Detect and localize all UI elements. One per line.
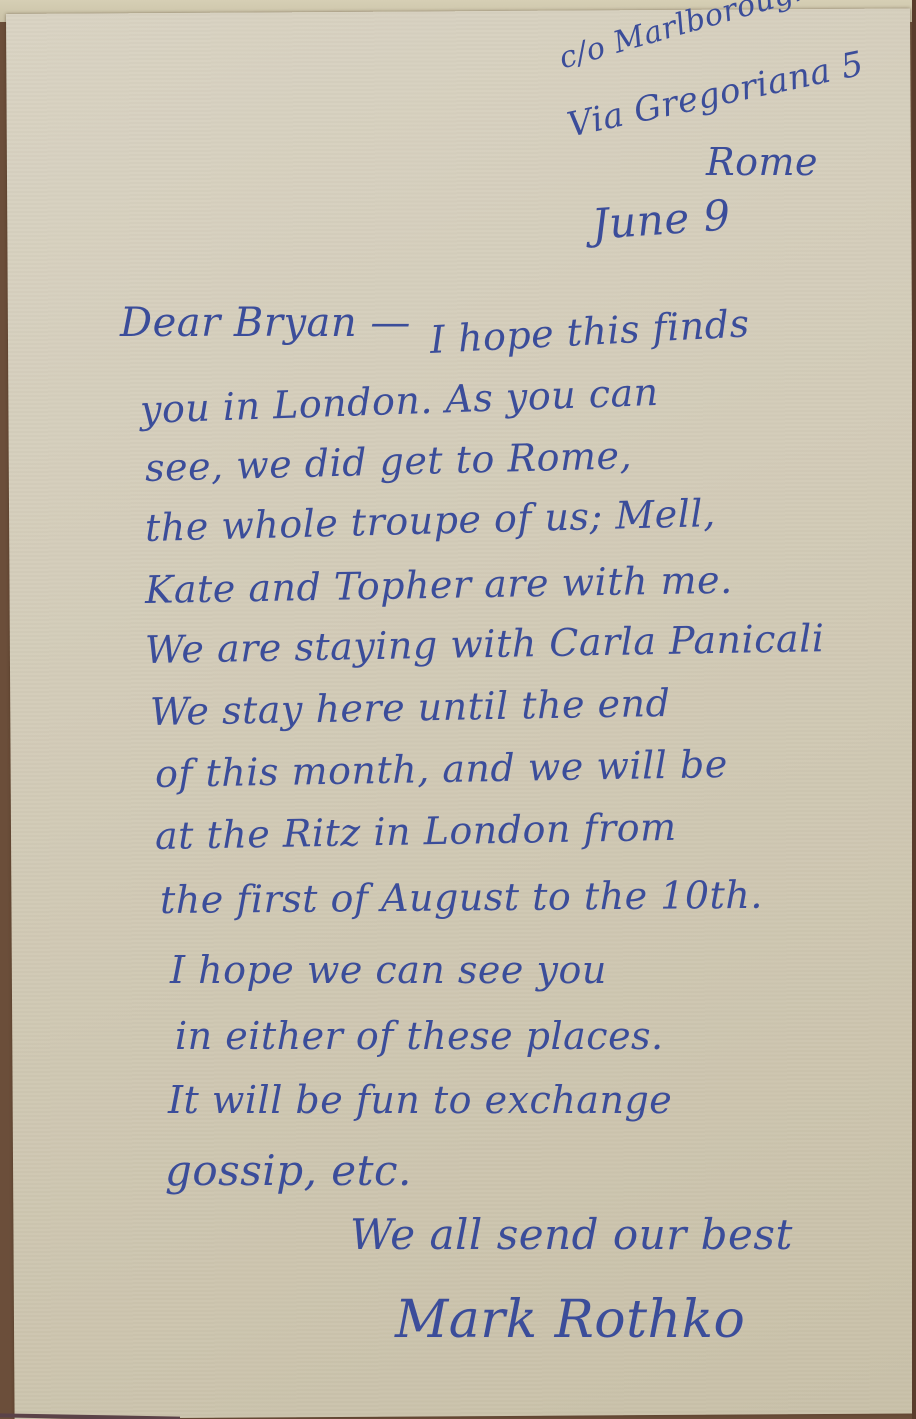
signature: Mark Rothko bbox=[395, 1290, 745, 1350]
body-line: gossip, etc. bbox=[165, 1146, 412, 1195]
body-line: We stay here until the end bbox=[150, 681, 671, 734]
body-line: the first of August to the 10th. bbox=[160, 873, 763, 922]
body-line: It will be fun to exchange bbox=[168, 1078, 672, 1122]
closing: We all send our best bbox=[350, 1210, 793, 1259]
frame-edge bbox=[912, 0, 916, 1419]
body-line: in either of these places. bbox=[175, 1014, 664, 1058]
salutation: Dear Bryan — bbox=[120, 300, 411, 346]
letter-date: June 9 bbox=[590, 190, 732, 249]
address-line-3: Rome bbox=[706, 140, 818, 184]
body-line: at the Ritz in London from bbox=[155, 805, 677, 858]
body-line: I hope we can see you bbox=[170, 948, 607, 992]
